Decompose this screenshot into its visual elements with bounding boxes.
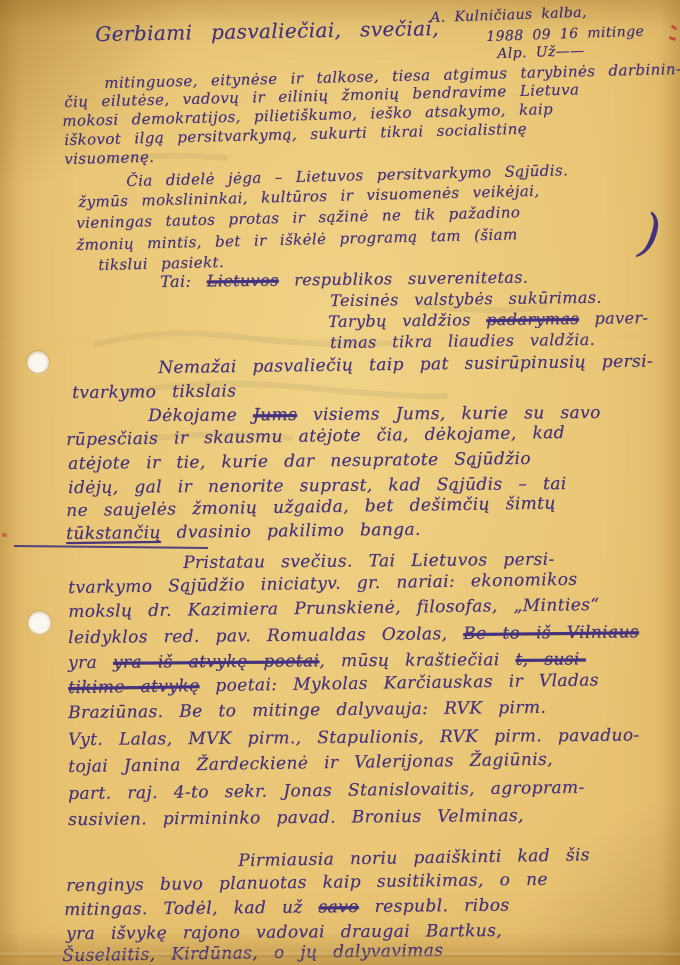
red-edge-mark — [669, 36, 677, 41]
handwritten-line: leidyklos red. pav. Romualdas Ozolas, Be… — [68, 622, 639, 648]
handwritten-line: mitingas. Todėl, kad už savo respubl. ri… — [64, 895, 510, 920]
handwritten-line: visuomenę. — [64, 148, 154, 168]
handwritten-line: tvarkymo Sąjūdžio iniciatyv. gr. nariai:… — [68, 570, 578, 598]
annotation-line: 1988 09 16 mitinge — [486, 23, 644, 45]
handwritten-line: Teisinės valstybės sukūrimas. — [330, 288, 602, 310]
handwritten-line: Tarybų valdžios padarymas paver- — [328, 308, 648, 331]
punch-hole — [28, 611, 51, 634]
red-edge-mark — [671, 25, 678, 31]
handwritten-line: atėjote ir tie, kurie dar nesupratote Są… — [68, 449, 531, 474]
paper-crease — [0, 953, 680, 957]
annotation-line: A. Kulničiaus kalba, — [430, 5, 587, 26]
handwritten-line: Tai: Lietuvos respublikos suverenitetas. — [160, 268, 528, 291]
red-edge-mark — [2, 533, 8, 538]
handwritten-line: tikime atvykę poetai: Mykolas Karčiauska… — [68, 670, 599, 698]
handwritten-line: Braziūnas. Be to mitinge dalyvauja: RVK … — [68, 698, 546, 723]
handwritten-line: tvarkymo tikslais — [72, 381, 236, 403]
handwritten-line: Pristatau svečius. Tai Lietuvos persi- — [183, 550, 555, 573]
handwritten-line: yra yra iš atvykę poetai, mūsų kraštieči… — [68, 649, 586, 673]
annotation-line: Alp. Už—— — [497, 43, 585, 62]
handwritten-line: ne saujelės žmonių užgaida, bet dešimčių… — [66, 493, 556, 521]
handwritten-line: mokslų dr. Kazimiera Prunskienė, filosof… — [68, 595, 600, 622]
handwritten-line: rūpesčiais ir skausmu atėjote čia, dėkoj… — [66, 423, 565, 450]
margin-paren: ) — [636, 203, 664, 265]
handwritten-line: Vyt. Lalas, MVK pirm., Stapulionis, RVK … — [68, 725, 640, 750]
handwritten-line: timas tikra liaudies valdžia. — [330, 330, 595, 352]
greeting-line: Gerbiami pasvaliečiai, svečiai, — [95, 16, 439, 46]
punch-hole — [27, 351, 49, 373]
scanned-page: Gerbiami pasvaliečiai, svečiai,A. Kulnič… — [0, 0, 680, 965]
handwritten-line: tūkstančių dvasinio pakilimo banga. — [66, 520, 421, 544]
handwritten-line: susivien. pirmininko pavad. Bronius Velm… — [68, 806, 524, 830]
handwritten-line: Nemažai pasvaliečių taip pat susirūpinus… — [158, 351, 653, 378]
handwritten-line: part. raj. 4-to sekr. Jonas Stanislovait… — [68, 778, 585, 804]
ink-stroke-underline — [14, 545, 208, 549]
handwritten-line: renginys buvo planuotas kaip susitikimas… — [66, 870, 548, 896]
handwritten-line: Pirmiausia noriu paaiškinti kad šis — [238, 845, 590, 871]
handwritten-line: tojai Janina Žardeckienė ir Valerijonas … — [68, 750, 553, 777]
